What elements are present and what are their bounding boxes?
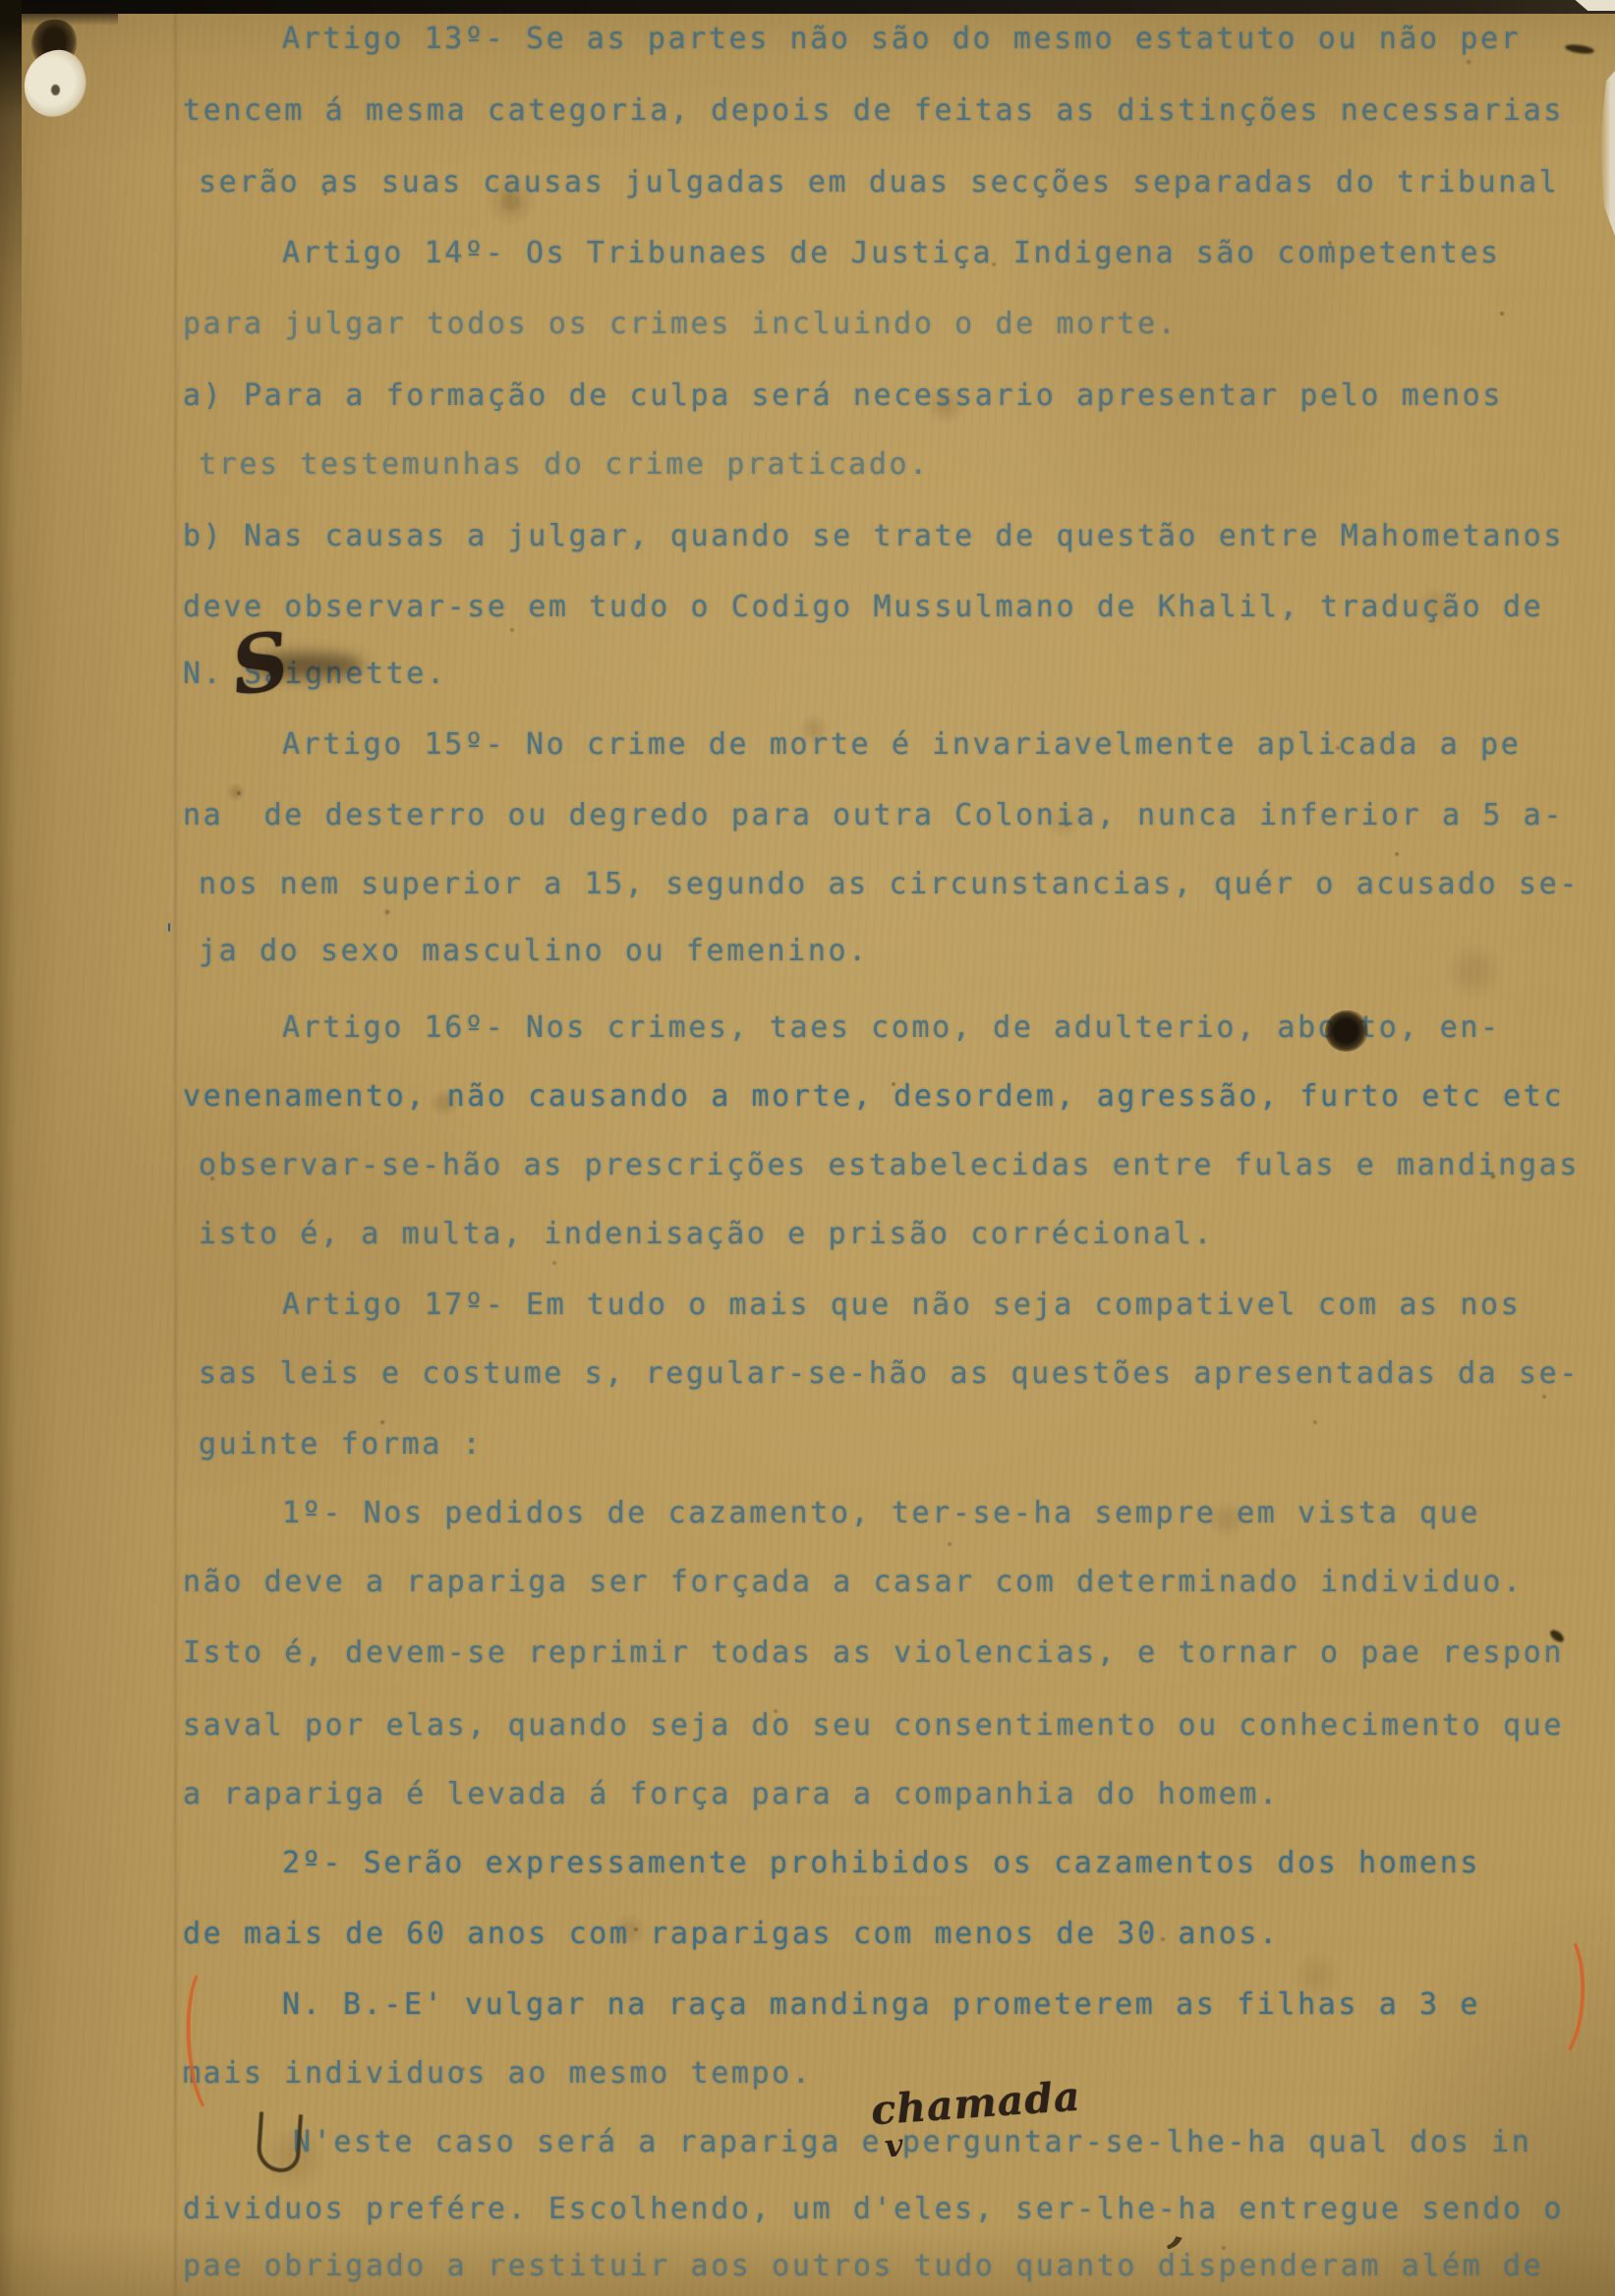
typed-line: observar-se-hão as prescrições estabelec… (199, 1148, 1580, 1182)
typed-line: para julgar todos os crimes incluindo o … (183, 307, 1178, 341)
typed-line: pae obrigado a restituir aos outros tudo… (183, 2249, 1543, 2283)
typed-line: tencem á mesma categoria, depois de feit… (183, 93, 1564, 128)
typed-line: Artigo 13º- Se as partes não são do mesm… (282, 22, 1521, 56)
typed-line: Isto é, devem-se reprimir todas as viole… (183, 1636, 1564, 1670)
typed-line: Artigo 15º- No crime de morte é invariav… (282, 727, 1521, 762)
handwritten-u-mark (256, 2112, 303, 2174)
typed-line: a rapariga é levada á força para a compa… (183, 1777, 1280, 1811)
scanned-document-page: Artigo 13º- Se as partes não são do mesm… (0, 0, 1615, 2296)
typed-line: de mais de 60 anos com raparigas com men… (183, 1917, 1280, 1951)
typed-line: b) Nas causas a julgar, quando se trate … (183, 519, 1564, 553)
typed-line: tres testemunhas do crime praticado. (199, 447, 930, 482)
handwritten-ink-smear (248, 653, 364, 678)
typed-line: guinte forma : (199, 1427, 483, 1462)
typed-line: saval por elas, quando seja do seu conse… (183, 1708, 1564, 1743)
typed-line: sas leis e costume s, regular-se-hão as … (199, 1356, 1580, 1391)
typed-line: na de desterro ou degredo para outra Col… (183, 798, 1564, 832)
typed-line: venenamento, não causando a morte, desor… (183, 1079, 1564, 1114)
typed-line: Artigo 16º- Nos crimes, taes como, de ad… (282, 1010, 1501, 1045)
typed-line: Artigo 17º- Em tudo o mais que não seja … (282, 1288, 1521, 1322)
typed-line: 2º- Serão expressamente prohibidos os ca… (282, 1846, 1480, 1880)
stray-apostrophe-mark: ' (165, 918, 173, 952)
typed-line: a) Para a formação de culpa será necessa… (183, 378, 1503, 413)
handwritten-caret: v (883, 2126, 904, 2165)
typed-line: serão as suas causas julgadas em duas se… (199, 165, 1559, 200)
typed-line: isto é, a multa, indenisação e prisão co… (199, 1217, 1214, 1251)
typed-line: mais individuos ao mesmo tempo. (183, 2056, 813, 2091)
typed-line: 1º- Nos pedidos de cazamento, ter-se-ha … (282, 1496, 1480, 1530)
typed-line: ja do sexo masculino ou femenino. (199, 934, 869, 968)
typed-line: não deve a rapariga ser forçada a casar … (183, 1565, 1524, 1599)
typed-line: nos nem superior a 15, segundo as circun… (199, 867, 1580, 901)
typed-line: dividuos prefére. Escolhendo, um d'eles,… (183, 2192, 1564, 2226)
typewritten-text: Artigo 13º- Se as partes não são do mesm… (0, 0, 1615, 2296)
typed-line: Artigo 14º- Os Tribunaes de Justiça Indi… (282, 236, 1501, 270)
typed-line: N. B.-E' vulgar na raça mandinga promete… (282, 1987, 1480, 2022)
typed-line: deve observar-se em tudo o Codigo Mussul… (183, 590, 1543, 624)
